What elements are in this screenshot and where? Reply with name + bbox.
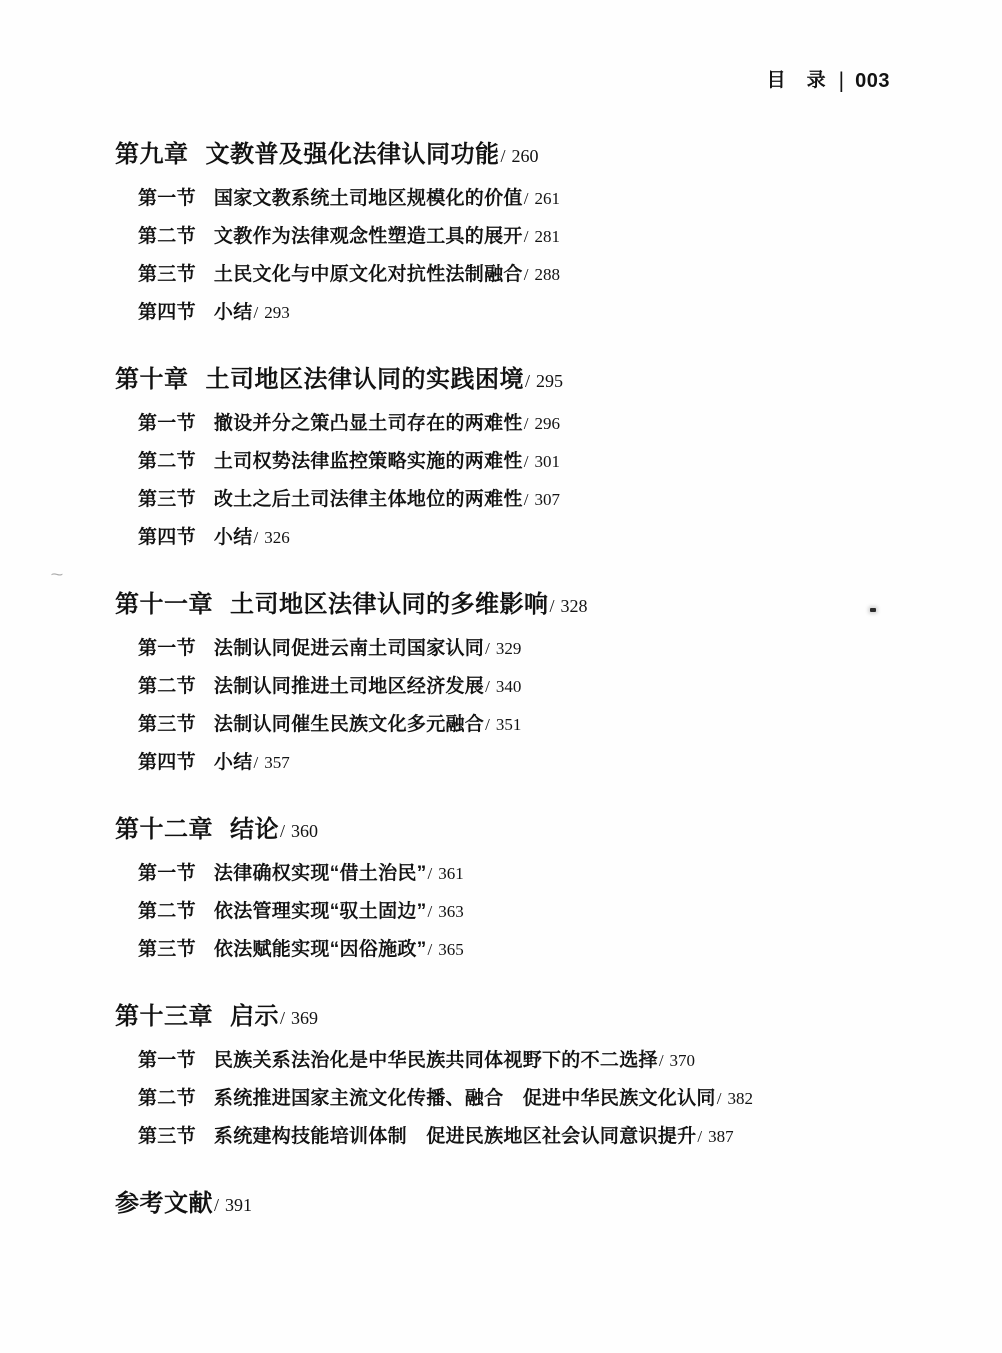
section-row: 第二节依法管理实现“驭土固边”/363 [115, 893, 935, 931]
section-title: 土司权势法律监控策略实施的两难性 [214, 451, 523, 472]
section-label: 第一节 [138, 413, 196, 434]
page-separator: / [696, 1127, 702, 1146]
section-row: 第二节文教作为法律观念性塑造工具的展开/281 [115, 218, 935, 256]
section-label: 第二节 [138, 226, 196, 247]
section-row: 第三节系统建构技能培训体制 促进民族地区社会认同意识提升/387 [115, 1118, 935, 1156]
chapter-page: /295 [524, 371, 563, 391]
section-label: 第三节 [138, 264, 196, 285]
section-row: 第一节国家文教系统土司地区规模化的价值/261 [115, 180, 935, 218]
section-label: 第二节 [138, 1088, 196, 1109]
section-page: /261 [523, 189, 560, 208]
section-label: 第三节 [138, 1126, 196, 1147]
section-list: 第一节民族关系法治化是中华民族共同体视野下的不二选择/370 第二节系统推进国家… [115, 1042, 935, 1156]
references-heading: 参考文献/391 [115, 1186, 935, 1223]
section-page: /382 [716, 1089, 753, 1108]
page-separator: / [500, 146, 506, 166]
section-page: /307 [523, 490, 560, 509]
section-page-number: 365 [438, 940, 464, 959]
chapter-heading: 第十章土司地区法律认同的实践困境/295 [115, 362, 935, 399]
section-page: /387 [696, 1127, 733, 1146]
section-label: 第三节 [138, 714, 196, 735]
chapter-label: 第十三章 [115, 1003, 213, 1030]
chapter-block: 第十一章土司地区法律认同的多维影响/328 第一节法制认同促进云南土司国家认同/… [115, 587, 935, 782]
chapter-block: 第十二章结论/360 第一节法律确权实现“借土治民”/361 第二节依法管理实现… [115, 812, 935, 969]
section-title: 民族关系法治化是中华民族共同体视野下的不二选择 [214, 1050, 658, 1071]
table-of-contents: 第九章文教普及强化法律认同功能/260 第一节国家文教系统土司地区规模化的价值/… [115, 137, 935, 1223]
section-page: /363 [427, 902, 464, 921]
section-page-number: 281 [534, 227, 560, 246]
chapter-title: 文教普及强化法律认同功能 [206, 141, 500, 168]
section-title: 国家文教系统土司地区规模化的价值 [214, 188, 523, 209]
chapter-page-number: 260 [512, 146, 539, 166]
chapter-block: 第十章土司地区法律认同的实践困境/295 第一节撤设并分之策凸显土司存在的两难性… [115, 362, 935, 557]
section-title: 法制认同推进土司地区经济发展 [214, 676, 484, 697]
section-label: 第四节 [138, 527, 196, 548]
section-title: 依法管理实现“驭土固边” [214, 901, 427, 922]
section-page-number: 361 [438, 864, 464, 883]
section-page: /293 [253, 303, 290, 322]
chapter-page-number: 360 [291, 821, 318, 841]
page-separator: / [658, 1051, 664, 1070]
section-row: 第一节法律确权实现“借土治民”/361 [115, 855, 935, 893]
chapter-title: 启示 [230, 1003, 279, 1030]
page-separator: / [253, 528, 259, 547]
references-title: 参考文献 [115, 1190, 213, 1217]
chapter-title: 结论 [230, 816, 279, 843]
section-row: 第四节小结/293 [115, 294, 935, 332]
section-page: /301 [523, 452, 560, 471]
chapter-label: 第九章 [115, 141, 189, 168]
section-title: 小结 [214, 527, 253, 548]
chapter-page: /260 [500, 146, 539, 166]
chapter-page: /369 [279, 1008, 318, 1028]
section-page: /281 [523, 227, 560, 246]
chapter-title: 土司地区法律认同的实践困境 [206, 366, 525, 393]
page-separator: / [523, 452, 529, 471]
page-separator: / [279, 821, 285, 841]
section-page: /326 [253, 528, 290, 547]
page-separator: / [213, 1195, 219, 1215]
page-separator: / [253, 753, 259, 772]
references-page: /391 [213, 1195, 252, 1215]
section-page-number: 307 [534, 490, 560, 509]
section-page-number: 296 [534, 414, 560, 433]
section-page-number: 329 [496, 639, 522, 658]
section-title: 系统建构技能培训体制 促进民族地区社会认同意识提升 [214, 1126, 697, 1147]
section-page-number: 261 [534, 189, 560, 208]
section-label: 第二节 [138, 901, 196, 922]
section-title: 土民文化与中原文化对抗性法制融合 [214, 264, 523, 285]
page-separator: / [253, 303, 259, 322]
section-title: 文教作为法律观念性塑造工具的展开 [214, 226, 523, 247]
chapter-heading: 第十一章土司地区法律认同的多维影响/328 [115, 587, 935, 624]
section-page-number: 301 [534, 452, 560, 471]
section-row: 第一节法制认同促进云南土司国家认同/329 [115, 630, 935, 668]
chapter-block: 第九章文教普及强化法律认同功能/260 第一节国家文教系统土司地区规模化的价值/… [115, 137, 935, 332]
section-row: 第一节撤设并分之策凸显土司存在的两难性/296 [115, 405, 935, 443]
chapter-block: 第十三章启示/369 第一节民族关系法治化是中华民族共同体视野下的不二选择/37… [115, 999, 935, 1156]
section-title: 小结 [214, 752, 253, 773]
section-page: /351 [484, 715, 521, 734]
page-separator: / [716, 1089, 722, 1108]
section-page: /288 [523, 265, 560, 284]
section-title: 法制认同催生民族文化多元融合 [214, 714, 484, 735]
section-row: 第二节系统推进国家主流文化传播、融合 促进中华民族文化认同/382 [115, 1080, 935, 1118]
page-separator: / [484, 639, 490, 658]
chapter-page: /328 [549, 596, 588, 616]
section-page-number: 326 [264, 528, 290, 547]
page-separator: / [523, 189, 529, 208]
section-row: 第二节土司权势法律监控策略实施的两难性/301 [115, 443, 935, 481]
section-list: 第一节法制认同促进云南土司国家认同/329 第二节法制认同推进土司地区经济发展/… [115, 630, 935, 782]
section-page-number: 382 [727, 1089, 753, 1108]
scan-artifact-speck [870, 608, 876, 612]
section-list: 第一节撤设并分之策凸显土司存在的两难性/296 第二节土司权势法律监控策略实施的… [115, 405, 935, 557]
section-page-number: 387 [708, 1127, 734, 1146]
chapter-heading: 第十二章结论/360 [115, 812, 935, 849]
section-label: 第二节 [138, 676, 196, 697]
section-row: 第三节土民文化与中原文化对抗性法制融合/288 [115, 256, 935, 294]
section-label: 第一节 [138, 188, 196, 209]
section-row: 第三节法制认同催生民族文化多元融合/351 [115, 706, 935, 744]
section-title: 撤设并分之策凸显土司存在的两难性 [214, 413, 523, 434]
chapter-label: 第十二章 [115, 816, 213, 843]
section-page: /296 [523, 414, 560, 433]
section-label: 第一节 [138, 863, 196, 884]
section-label: 第四节 [138, 752, 196, 773]
section-row: 第一节民族关系法治化是中华民族共同体视野下的不二选择/370 [115, 1042, 935, 1080]
page-separator: / [523, 265, 529, 284]
section-row: 第二节法制认同推进土司地区经济发展/340 [115, 668, 935, 706]
section-page-number: 351 [496, 715, 522, 734]
scan-artifact-tilde: ~ [51, 566, 64, 583]
page-separator: / [523, 414, 529, 433]
toc-page: 目 录 | 003 第九章文教普及强化法律认同功能/260 第一节国家文教系统土… [0, 0, 1002, 1353]
chapter-page: /360 [279, 821, 318, 841]
section-page: /340 [484, 677, 521, 696]
references-block: 参考文献/391 [115, 1186, 935, 1223]
page-separator: / [484, 715, 490, 734]
section-label: 第二节 [138, 451, 196, 472]
chapter-page-number: 328 [561, 596, 588, 616]
section-page: /370 [658, 1051, 695, 1070]
section-page-number: 293 [264, 303, 290, 322]
chapter-page-number: 369 [291, 1008, 318, 1028]
page-separator: / [427, 864, 433, 883]
section-page-number: 363 [438, 902, 464, 921]
section-label: 第一节 [138, 1050, 196, 1071]
chapter-title: 土司地区法律认同的多维影响 [230, 591, 549, 618]
section-page-number: 357 [264, 753, 290, 772]
page-separator: / [523, 227, 529, 246]
section-title: 小结 [214, 302, 253, 323]
header-title: 目 录 [767, 70, 827, 92]
section-row: 第三节改土之后土司法律主体地位的两难性/307 [115, 481, 935, 519]
section-page: /357 [253, 753, 290, 772]
section-row: 第四节小结/357 [115, 744, 935, 782]
section-page: /365 [427, 940, 464, 959]
section-title: 依法赋能实现“因俗施政” [214, 939, 427, 960]
chapter-page-number: 295 [536, 371, 563, 391]
page-separator: / [484, 677, 490, 696]
page-separator: / [549, 596, 555, 616]
section-list: 第一节法律确权实现“借土治民”/361 第二节依法管理实现“驭土固边”/363 … [115, 855, 935, 969]
header-page-number: 003 [855, 70, 890, 92]
section-page-number: 370 [670, 1051, 696, 1070]
section-page: /361 [427, 864, 464, 883]
page-header: 目 录 | 003 [767, 70, 890, 92]
chapter-label: 第十章 [115, 366, 189, 393]
section-title: 法律确权实现“借土治民” [214, 863, 427, 884]
section-title: 系统推进国家主流文化传播、融合 促进中华民族文化认同 [214, 1088, 716, 1109]
page-separator: / [427, 902, 433, 921]
section-label: 第三节 [138, 489, 196, 510]
section-row: 第三节依法赋能实现“因俗施政”/365 [115, 931, 935, 969]
section-page-number: 288 [534, 265, 560, 284]
chapter-heading: 第十三章启示/369 [115, 999, 935, 1036]
section-row: 第四节小结/326 [115, 519, 935, 557]
chapter-heading: 第九章文教普及强化法律认同功能/260 [115, 137, 935, 174]
section-list: 第一节国家文教系统土司地区规模化的价值/261 第二节文教作为法律观念性塑造工具… [115, 180, 935, 332]
section-page: /329 [484, 639, 521, 658]
chapter-label: 第十一章 [115, 591, 213, 618]
section-title: 改土之后土司法律主体地位的两难性 [214, 489, 523, 510]
section-label: 第三节 [138, 939, 196, 960]
header-divider: | [839, 69, 845, 92]
section-title: 法制认同促进云南土司国家认同 [214, 638, 484, 659]
references-page-number: 391 [225, 1195, 252, 1215]
section-label: 第四节 [138, 302, 196, 323]
page-separator: / [524, 371, 530, 391]
section-label: 第一节 [138, 638, 196, 659]
section-page-number: 340 [496, 677, 522, 696]
page-separator: / [523, 490, 529, 509]
page-separator: / [427, 940, 433, 959]
page-separator: / [279, 1008, 285, 1028]
